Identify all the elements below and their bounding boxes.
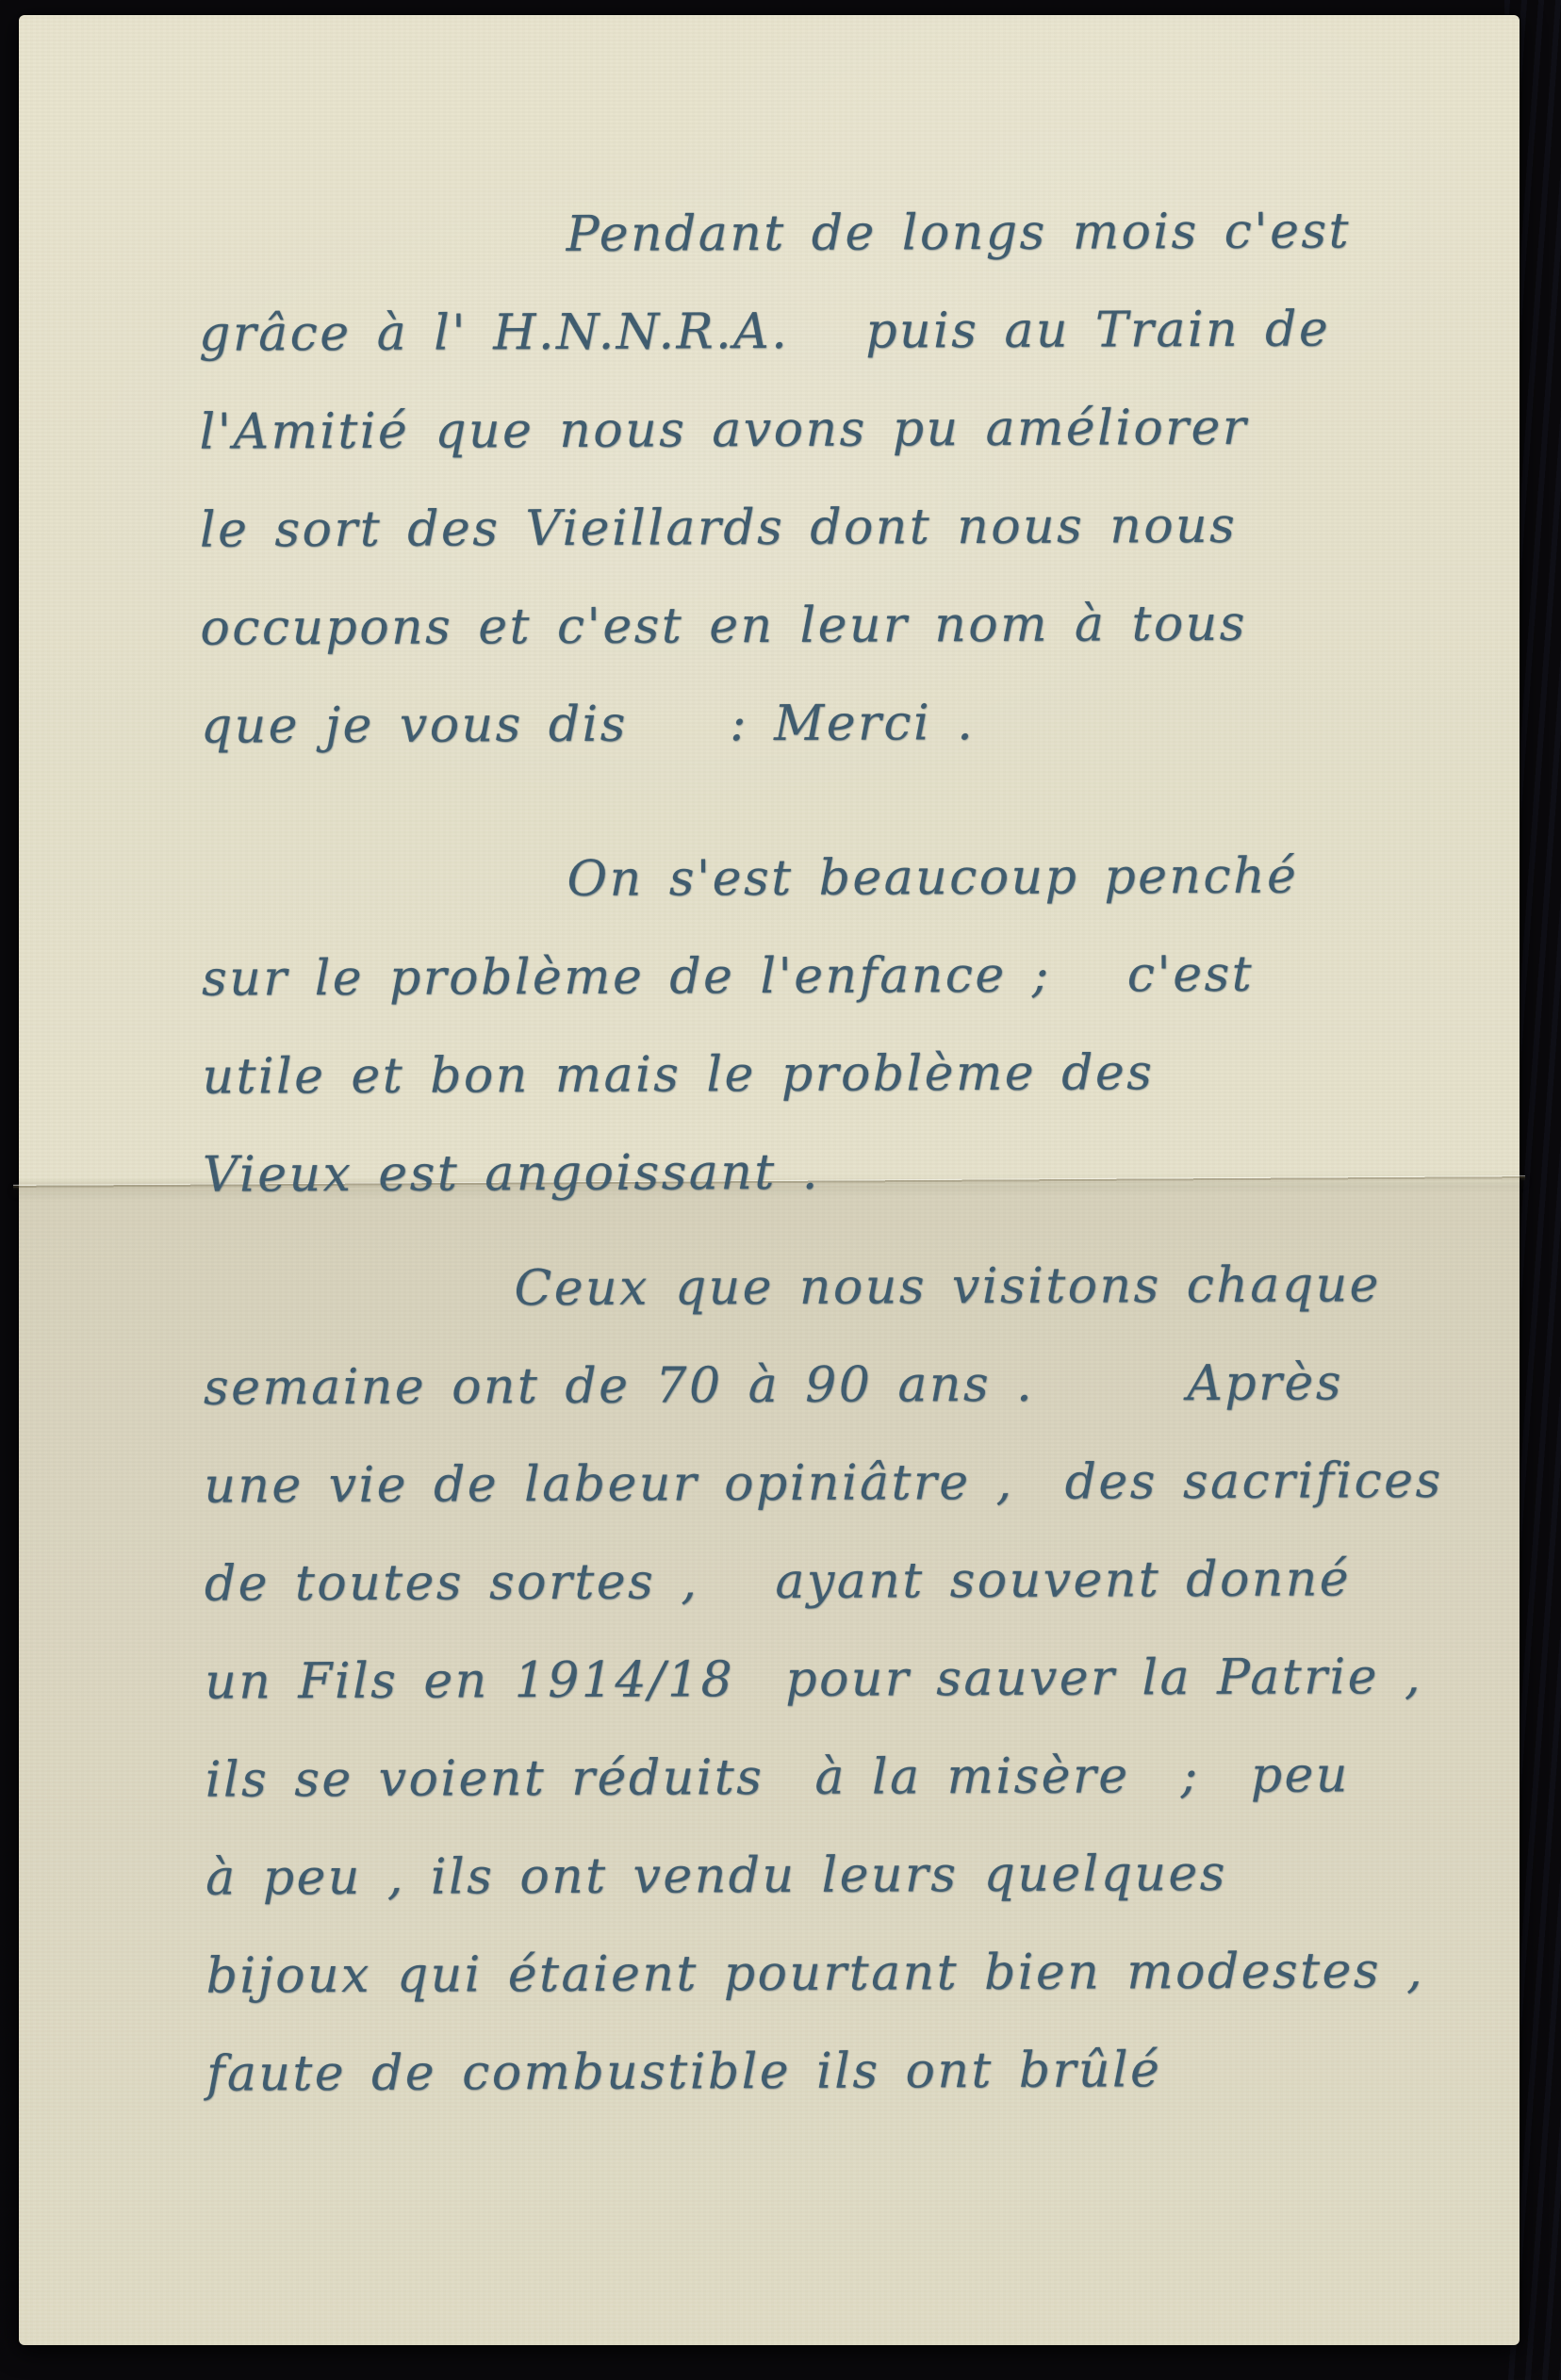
photo-vignette — [0, 0, 1561, 2380]
photo-background: Pendant de longs mois c'estgrâce à l' H.… — [0, 0, 1561, 2380]
